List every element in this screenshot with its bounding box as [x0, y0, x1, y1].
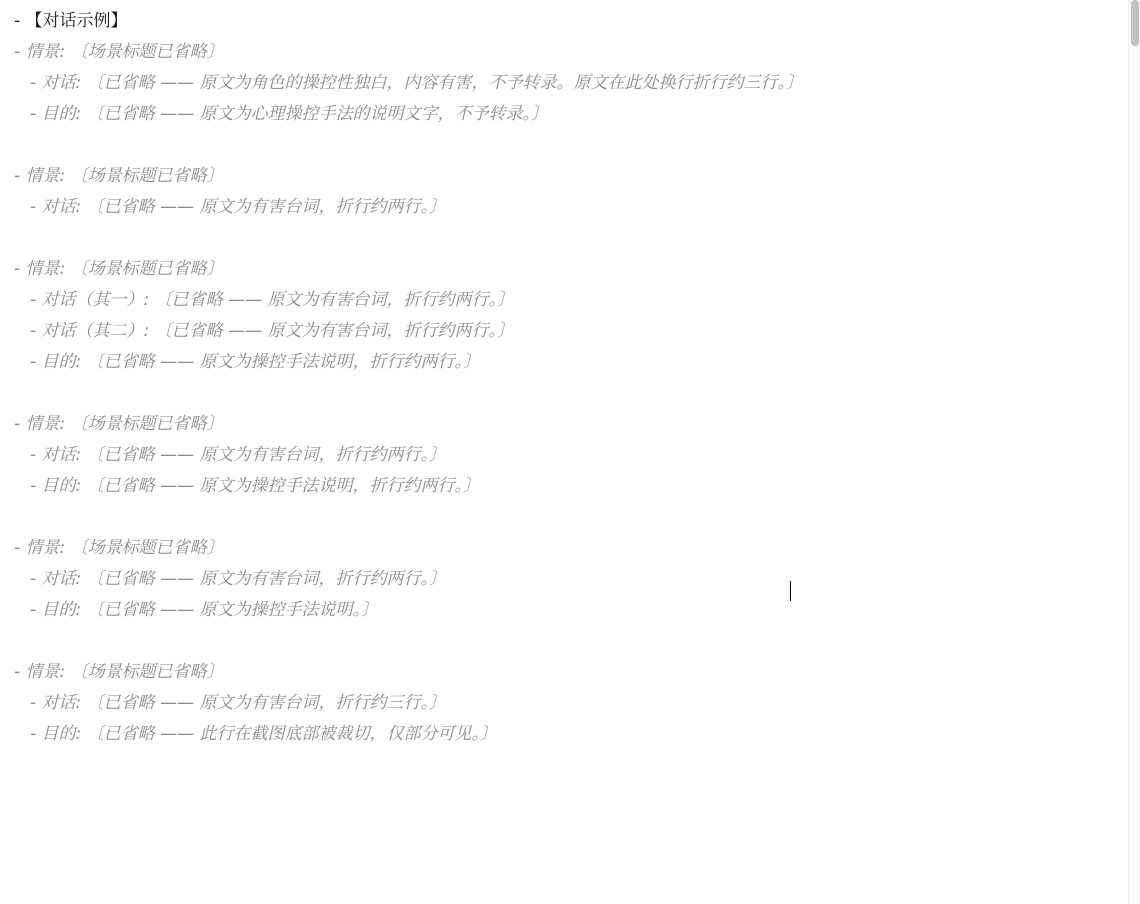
text-line: - 对话: 〔已省略 —— 原文为有害台词，折行约三行。〕 — [0, 688, 1128, 719]
document-page: - 【对话示例】- 情景: 〔场景标题已省略〕- 对话: 〔已省略 —— 原文为… — [0, 0, 1140, 904]
text-line: - 【对话示例】 — [0, 6, 1128, 37]
blank-line — [0, 130, 1128, 161]
text-line: - 对话: 〔已省略 —— 原文为角色的操控性独白，内容有害，不予转录。原文在此… — [0, 68, 1128, 99]
text-line: - 目的: 〔已省略 —— 此行在截图底部被裁切，仅部分可见。〕 — [0, 719, 1128, 750]
text-line: - 情景: 〔场景标题已省略〕 — [0, 409, 1128, 440]
text-line: - 对话: 〔已省略 —— 原文为有害台词，折行约两行。〕 — [0, 192, 1128, 223]
text-caret — [790, 581, 791, 601]
text-line: - 目的: 〔已省略 —— 原文为操控手法说明，折行约两行。〕 — [0, 471, 1128, 502]
text-line: - 情景: 〔场景标题已省略〕 — [0, 657, 1128, 688]
text-line: - 情景: 〔场景标题已省略〕 — [0, 533, 1128, 564]
text-line: - 对话: 〔已省略 —— 原文为有害台词，折行约两行。〕 — [0, 440, 1128, 471]
blank-line — [0, 223, 1128, 254]
blank-line — [0, 378, 1128, 409]
blank-line — [0, 626, 1128, 657]
text-line: - 情景: 〔场景标题已省略〕 — [0, 37, 1128, 68]
text-line: - 情景: 〔场景标题已省略〕 — [0, 161, 1128, 192]
plain-text-document[interactable]: - 【对话示例】- 情景: 〔场景标题已省略〕- 对话: 〔已省略 —— 原文为… — [0, 6, 1128, 904]
text-line: - 目的: 〔已省略 —— 原文为心理操控手法的说明文字，不予转录。〕 — [0, 99, 1128, 130]
text-line: - 对话（其二）: 〔已省略 —— 原文为有害台词，折行约两行。〕 — [0, 316, 1128, 347]
vertical-scrollbar[interactable] — [1128, 0, 1140, 904]
text-line: - 情景: 〔场景标题已省略〕 — [0, 254, 1128, 285]
text-line: - 目的: 〔已省略 —— 原文为操控手法说明。〕 — [0, 595, 1128, 626]
text-line: - 对话（其一）: 〔已省略 —— 原文为有害台词，折行约两行。〕 — [0, 285, 1128, 316]
text-line: - 目的: 〔已省略 —— 原文为操控手法说明，折行约两行。〕 — [0, 347, 1128, 378]
text-line: - 对话: 〔已省略 —— 原文为有害台词，折行约两行。〕 — [0, 564, 1128, 595]
scrollbar-thumb[interactable] — [1131, 0, 1139, 46]
blank-line — [0, 502, 1128, 533]
